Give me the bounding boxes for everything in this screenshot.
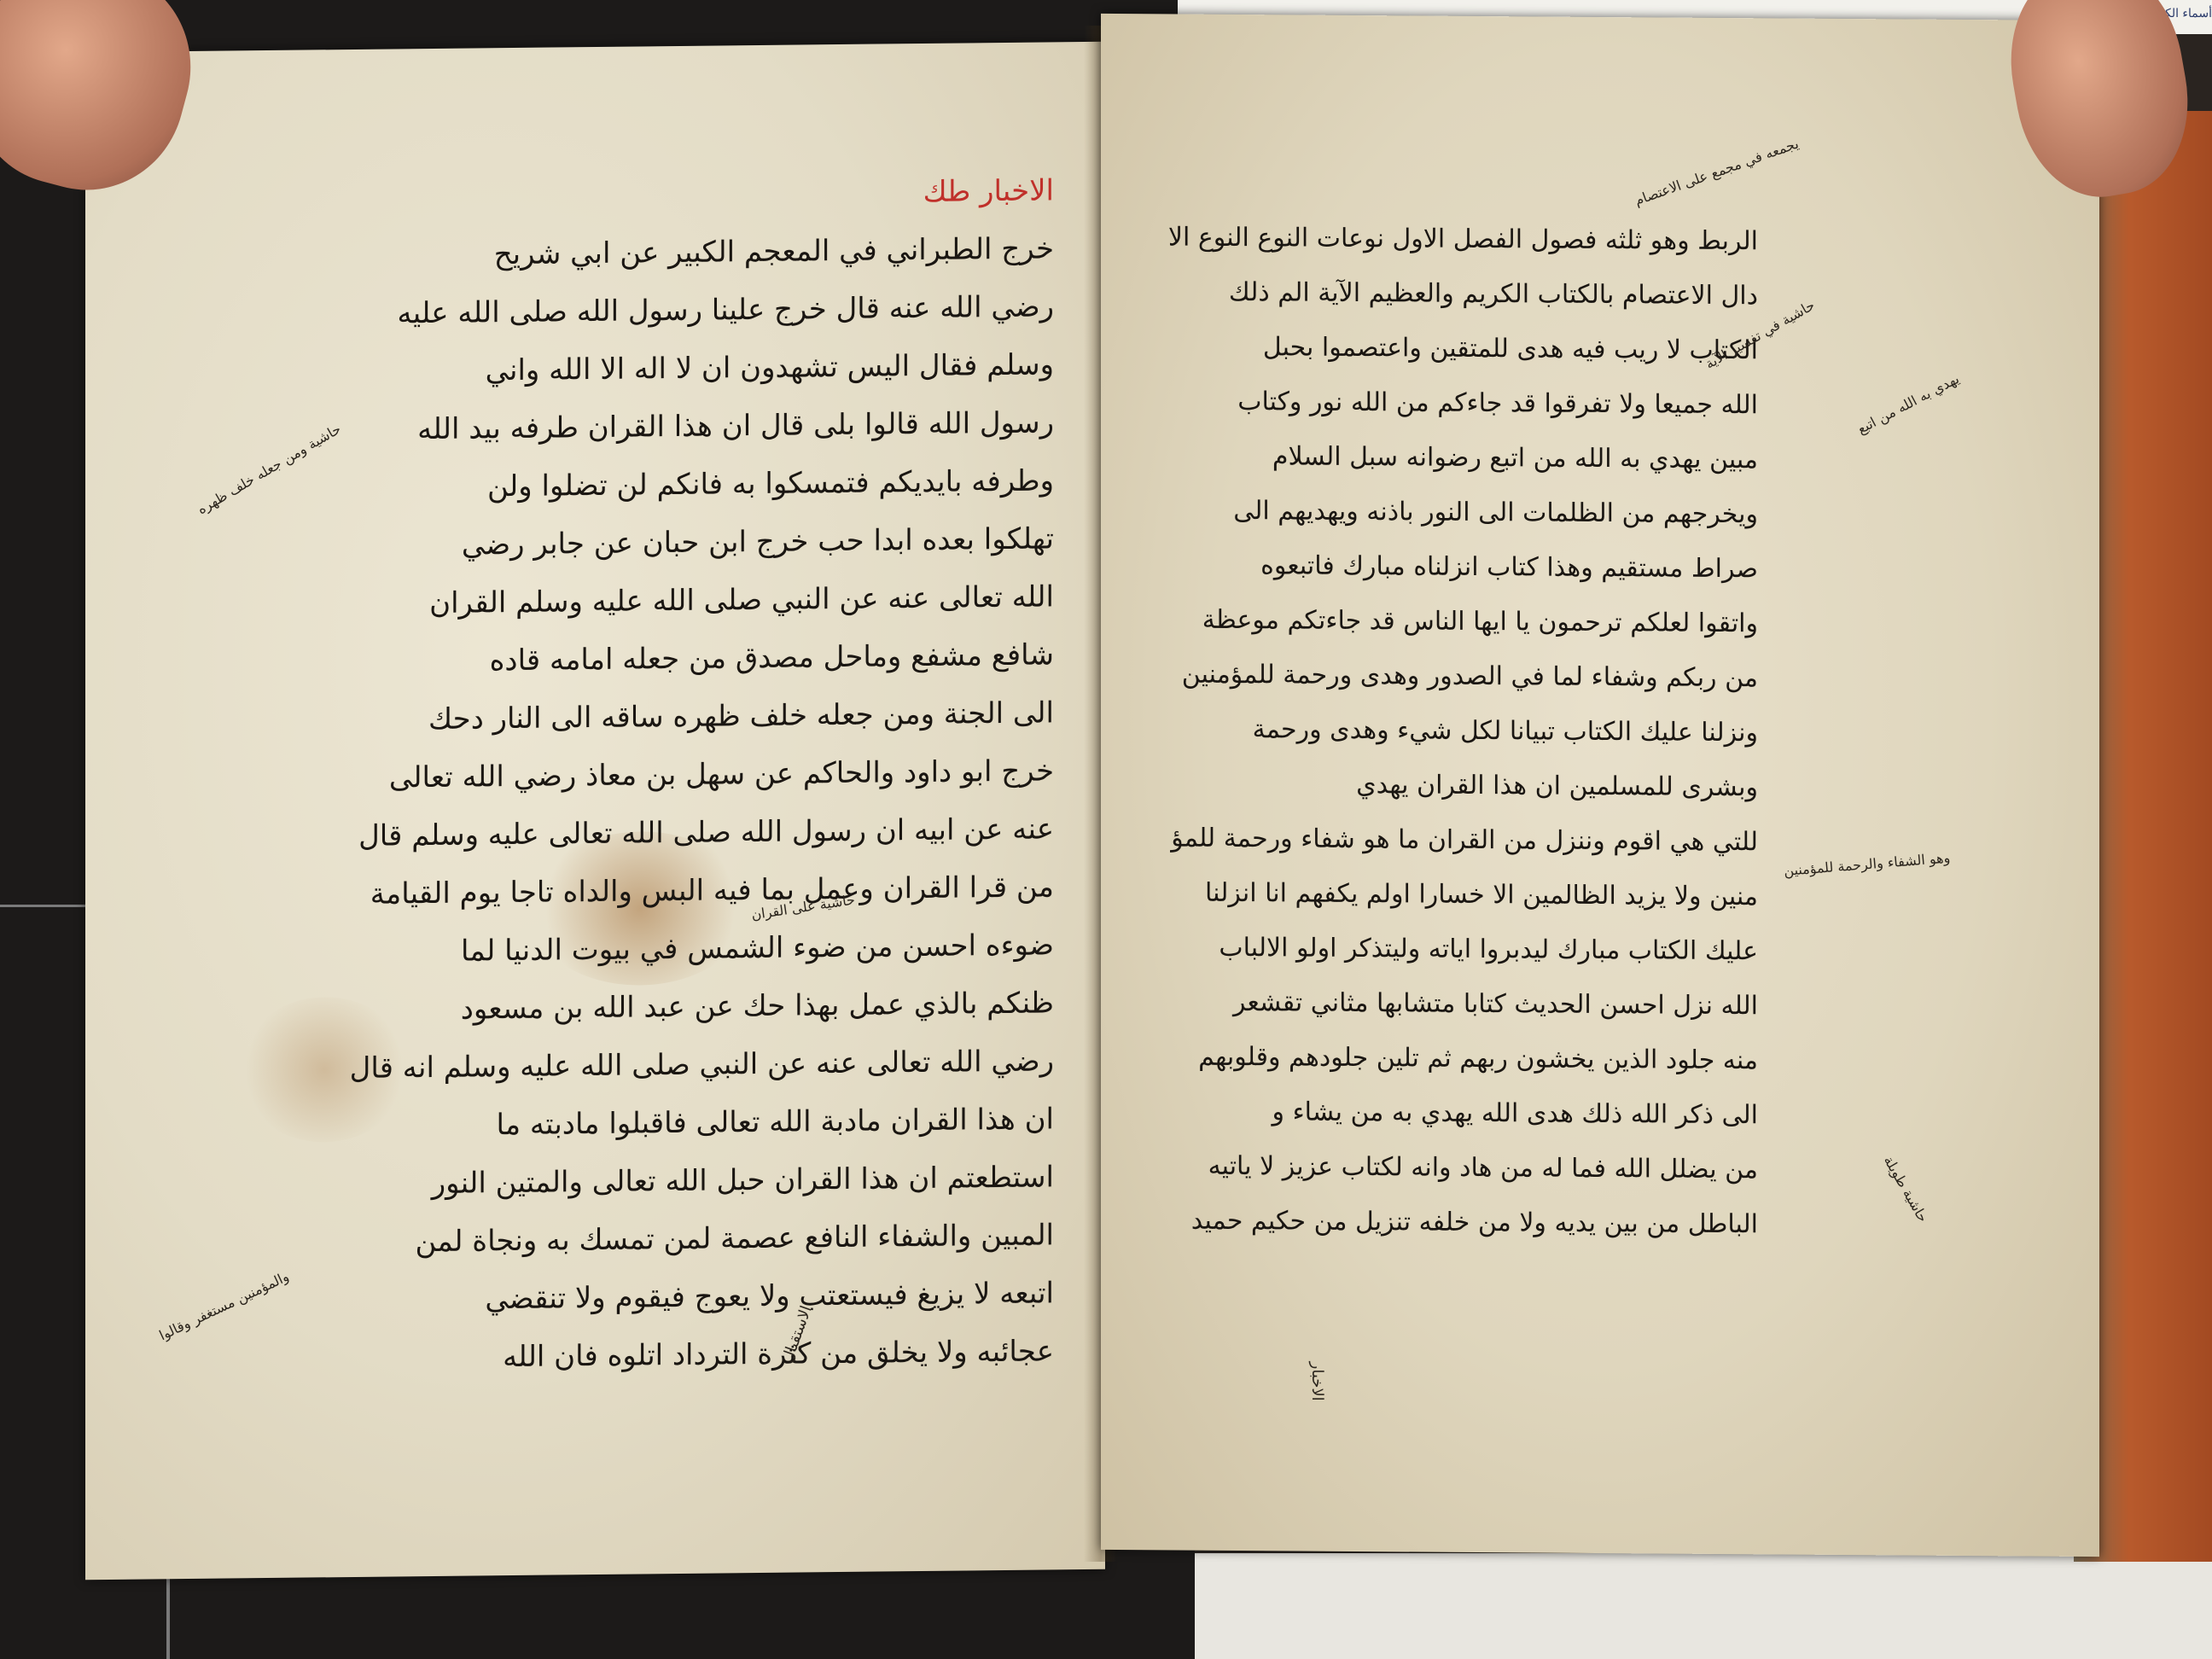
text-line: وسلم فقال اليس تشهدون ان لا اله الا الله… [350, 335, 1054, 401]
text-line: منه جلود الذين يخشون ربهم ثم تلين جلودهم… [1168, 1029, 1758, 1088]
text-line: خرج الطبراني في المعجم الكبير عن ابي شري… [350, 219, 1054, 285]
text-line: دال الاعتصام بالكتاب الكريم والعظيم الآي… [1168, 265, 1758, 323]
text-line: عجائبه ولا يخلق من كثرة الترداد اتلوه فا… [350, 1322, 1054, 1388]
white-surface [1195, 1553, 2212, 1659]
text-line: ونزلنا عليك الكتاب تبيانا لكل شيء وهدى و… [1168, 701, 1758, 760]
margin-annotation: حاشية ومن جعله خلف ظهره [194, 420, 344, 519]
text-line: تهلكوا بعده ابدا حب خرج ابن حبان عن جابر… [350, 509, 1054, 575]
text-line: رضي الله عنه قال خرج علينا رسول الله صلى… [350, 277, 1054, 343]
right-main-text: الربط وهو ثلثه فصول الفصل الاول نوعات ال… [1168, 210, 1758, 1252]
text-line: الكتاب لا ريب فيه هدى للمتقين واعتصموا ب… [1168, 319, 1758, 378]
right-page: الربط وهو ثلثه فصول الفصل الاول نوعات ال… [1101, 14, 2099, 1557]
margin-annotation: حاشية طويلة [1879, 1153, 1932, 1226]
text-line: عليك الكتاب مبارك ليدبروا اياته وليتذكر … [1168, 920, 1758, 979]
text-line: منين ولا يزيد الظالمين الا خسارا اولم يك… [1168, 865, 1758, 924]
left-page: الاخبار طك خرج الطبراني في المعجم الكبير… [85, 42, 1105, 1580]
text-line: من يضلل الله فما له من هاد وانه لكتاب عز… [1168, 1138, 1758, 1197]
text-line: استطعتم ان هذا القران حبل الله تعالى وال… [350, 1148, 1054, 1214]
text-line: اتبعه لا يزيغ فيستعتب ولا يعوج فيقوم ولا… [350, 1264, 1054, 1330]
text-line: رضي الله تعالى عنه عن النبي صلى الله علي… [350, 1032, 1054, 1097]
text-line: من قرا القران وعمل بما فيه البس والداه ت… [350, 858, 1054, 923]
text-line: ظنكم بالذي عمل بهذا حك عن عبد الله بن مس… [350, 974, 1054, 1039]
left-main-text: الاخبار طك خرج الطبراني في المعجم الكبير… [350, 161, 1054, 1388]
text-line: رسول الله قالوا بلى قال ان هذا القران طر… [350, 393, 1054, 459]
margin-annotation: والمؤمنين مستغفر وقالوا [156, 1267, 292, 1345]
text-line: وبشرى للمسلمين ان هذا القران يهدي [1168, 756, 1758, 815]
footer-note: الاخبار [1307, 1362, 1326, 1401]
text-line: ضوءه احسن من ضوء الشمس في بيوت الدنيا لم… [350, 916, 1054, 981]
text-line: وطرفه بايديكم فتمسكوا به فانكم لن تضلوا … [350, 451, 1054, 517]
text-line: الله جميعا ولا تفرقوا قد جاءكم من الله ن… [1168, 374, 1758, 433]
text-line: الى ذكر الله ذلك هدى الله يهدي به من يشا… [1168, 1084, 1758, 1143]
text-line: خرج ابو داود والحاكم عن سهل بن معاذ رضي … [350, 742, 1054, 807]
text-line: شافع مشفع وماحل مصدق من جعله امامه قاده [350, 626, 1054, 691]
text-line: المبين والشفاء النافع عصمة لمن تمسك به و… [350, 1206, 1054, 1272]
text-line: من ربكم وشفاء لما في الصدور وهدى ورحمة ل… [1168, 647, 1758, 706]
text-line: الباطل من بين يديه ولا من خلفه تنزيل من … [1168, 1193, 1758, 1252]
text-line: عنه عن ابيه ان رسول الله صلى الله تعالى … [350, 800, 1054, 865]
rubric-heading: الاخبار طك [350, 161, 1054, 227]
heading-line: الربط وهو ثلثه فصول الفصل الاول نوعات ال… [1168, 210, 1758, 269]
text-line: مبين يهدي به الله من اتبع رضوانه سبل الس… [1168, 428, 1758, 487]
text-line: الى الجنة ومن جعله خلف ظهره ساقه الى الن… [350, 684, 1054, 749]
text-line: للتي هي اقوم وننزل من القران ما هو شفاء … [1168, 811, 1758, 870]
text-line: ويخرجهم من الظلمات الى النور باذنه ويهدي… [1168, 483, 1758, 542]
margin-annotation: يجمعه في مجمع على الاعتصام [1632, 135, 1801, 211]
text-line: الله تعالى عنه عن النبي صلى الله عليه وس… [350, 568, 1054, 633]
text-line: صراط مستقيم وهذا كتاب انزلناه مبارك فاتب… [1168, 538, 1758, 597]
text-line: الله نزل احسن الحديث كتابا متشابها مثاني… [1168, 975, 1758, 1033]
margin-annotation: وهو الشفاء والرحمة للمؤمنين [1783, 848, 1951, 881]
text-line: واتقوا لعلكم ترحمون يا ايها الناس قد جاء… [1168, 592, 1758, 651]
margin-annotation: يهدي به الله من اتبع [1854, 370, 1963, 439]
text-line: ان هذا القران مادبة الله تعالى فاقبلوا م… [350, 1090, 1054, 1155]
